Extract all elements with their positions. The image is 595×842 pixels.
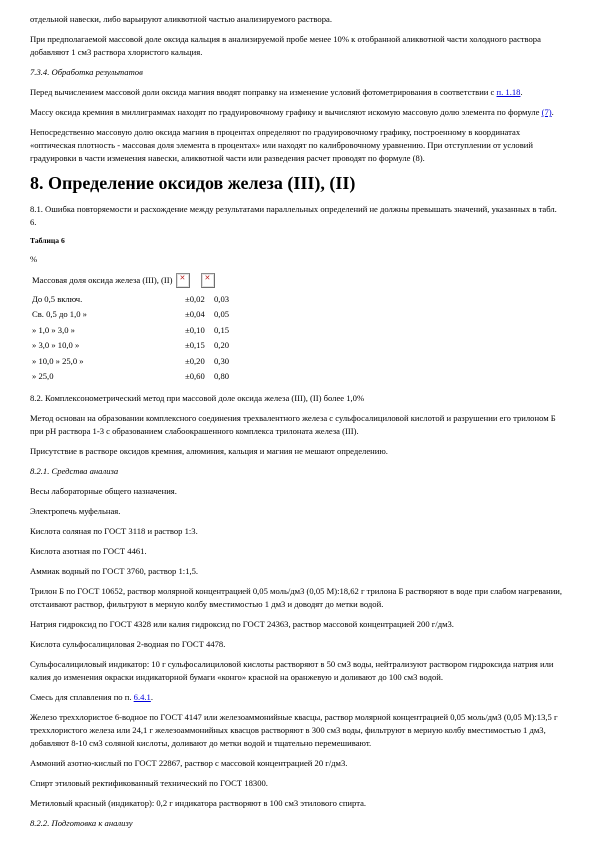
heading-7-3-4: 7.3.4. Обработка результатов — [30, 66, 565, 79]
tolerance-cell: ±0,10 — [185, 323, 214, 338]
range-cell: Св. 0,5 до 1,0 » — [32, 307, 185, 322]
table-row: Св. 0,5 до 1,0 »±0,040,05 — [32, 307, 565, 322]
table-6-header-label: Массовая доля оксида железа (III), (II) — [32, 273, 172, 288]
section-8-heading: 8. Определение оксидов железа (III), (II… — [30, 173, 565, 194]
tolerance-cell: ±0,20 — [185, 354, 214, 369]
value-cell: 0,30 — [214, 354, 243, 369]
link-formula-7[interactable]: (7) — [542, 107, 552, 117]
paragraph-mix-text: Смесь для сплавления по п. — [30, 692, 134, 702]
table-6-unit: % — [30, 254, 565, 264]
paragraph-mass-tail: . — [552, 107, 554, 117]
paragraph-hcl: Кислота соляная по ГОСТ 3118 и раствор 1… — [30, 525, 565, 538]
table-row: » 3,0 » 10,0 »±0,150,20 — [32, 338, 565, 353]
paragraph-correction: Перед вычислением массовой доли оксида м… — [30, 86, 565, 99]
paragraph-ammonia: Аммиак водный по ГОСТ 3760, раствор 1:1,… — [30, 565, 565, 578]
paragraph-mass-text: Массу оксида кремния в миллиграммах нахо… — [30, 107, 542, 117]
paragraph-mass-formula: Массу оксида кремния в миллиграммах нахо… — [30, 106, 565, 119]
paragraph-iron: Железо треххлористое 6-водное по ГОСТ 41… — [30, 711, 565, 750]
paragraph-8-2: 8.2. Комплексонометрический метод при ма… — [30, 392, 565, 405]
table-row: До 0,5 включ.±0,020,03 — [32, 292, 565, 307]
paragraph-sulfo-acid: Кислота сульфосалициловая 2-водная по ГО… — [30, 638, 565, 651]
paragraph-indicator: Сульфосалициловый индикатор: 10 г сульфо… — [30, 658, 565, 684]
table-row: » 1,0 » 3,0 »±0,100,15 — [32, 323, 565, 338]
value-cell: 0,03 — [214, 292, 243, 307]
table-6-header-row: Массовая доля оксида железа (III), (II) … — [32, 273, 565, 288]
value-cell: 0,05 — [214, 307, 243, 322]
broken-image-x-glyph: ✕ — [202, 274, 214, 283]
paragraph-methyl-red: Метиловый красный (индикатор): 0,2 г инд… — [30, 797, 565, 810]
document-page: отдельной навески, либо варьируют аликво… — [0, 0, 595, 842]
table-row: » 10,0 » 25,0 »±0,200,30 — [32, 354, 565, 369]
range-cell: » 25,0 — [32, 369, 185, 384]
heading-8-2-1: 8.2.1. Средства анализа — [30, 465, 565, 478]
value-cell: 0,80 — [214, 369, 243, 384]
heading-8-2-2: 8.2.2. Подготовка к анализу — [30, 817, 565, 830]
paragraph-trilon: Трилон Б по ГОСТ 10652, раствор молярной… — [30, 585, 565, 611]
paragraph-calcium: При предполагаемой массовой доле оксида … — [30, 33, 565, 59]
paragraph-naoh: Натрия гидроксид по ГОСТ 4328 или калия … — [30, 618, 565, 631]
range-cell: » 3,0 » 10,0 » — [32, 338, 185, 353]
paragraph-direct-determination: Непосредственно массовую долю оксида маг… — [30, 126, 565, 165]
broken-image-x-glyph: ✕ — [177, 274, 189, 283]
range-cell: » 10,0 » 25,0 » — [32, 354, 185, 369]
paragraph-mix-tail: . — [151, 692, 153, 702]
link-p-1-18[interactable]: п. 1.18 — [497, 87, 521, 97]
broken-image-icon: ✕ — [176, 273, 190, 288]
paragraph-correction-tail: . — [520, 87, 522, 97]
tolerance-cell: ±0,02 — [185, 292, 214, 307]
value-cell: 0,15 — [214, 323, 243, 338]
paragraph-method: Метод основан на образовании комплексног… — [30, 412, 565, 438]
range-cell: До 0,5 включ. — [32, 292, 185, 307]
paragraph-spirit: Спирт этиловый ректификованный техническ… — [30, 777, 565, 790]
tolerance-cell: ±0,60 — [185, 369, 214, 384]
paragraph-mix: Смесь для сплавления по п. 6.4.1. — [30, 691, 565, 704]
table-row: » 25,0±0,600,80 — [32, 369, 565, 384]
tolerance-cell: ±0,15 — [185, 338, 214, 353]
paragraph-correction-text: Перед вычислением массовой доли оксида м… — [30, 87, 497, 97]
table-6-caption: Таблица 6 — [30, 236, 565, 245]
paragraph-furnace: Электропечь муфельная. — [30, 505, 565, 518]
broken-image-icon: ✕ — [201, 273, 215, 288]
tolerance-cell: ±0,04 — [185, 307, 214, 322]
value-cell: 0,20 — [214, 338, 243, 353]
table-6: Массовая доля оксида железа (III), (II) … — [30, 273, 565, 384]
paragraph-aliquot: отдельной навески, либо варьируют аликво… — [30, 13, 565, 26]
paragraph-8-1: 8.1. Ошибка повторяемости и расхождение … — [30, 203, 565, 229]
paragraph-ammonium: Аммоний азотно-кислый по ГОСТ 22867, рас… — [30, 757, 565, 770]
paragraph-hno3: Кислота азотная по ГОСТ 4461. — [30, 545, 565, 558]
paragraph-presence: Присутствие в растворе оксидов кремния, … — [30, 445, 565, 458]
range-cell: » 1,0 » 3,0 » — [32, 323, 185, 338]
link-p-6-4-1[interactable]: 6.4.1 — [134, 692, 151, 702]
paragraph-scales: Весы лабораторные общего назначения. — [30, 485, 565, 498]
